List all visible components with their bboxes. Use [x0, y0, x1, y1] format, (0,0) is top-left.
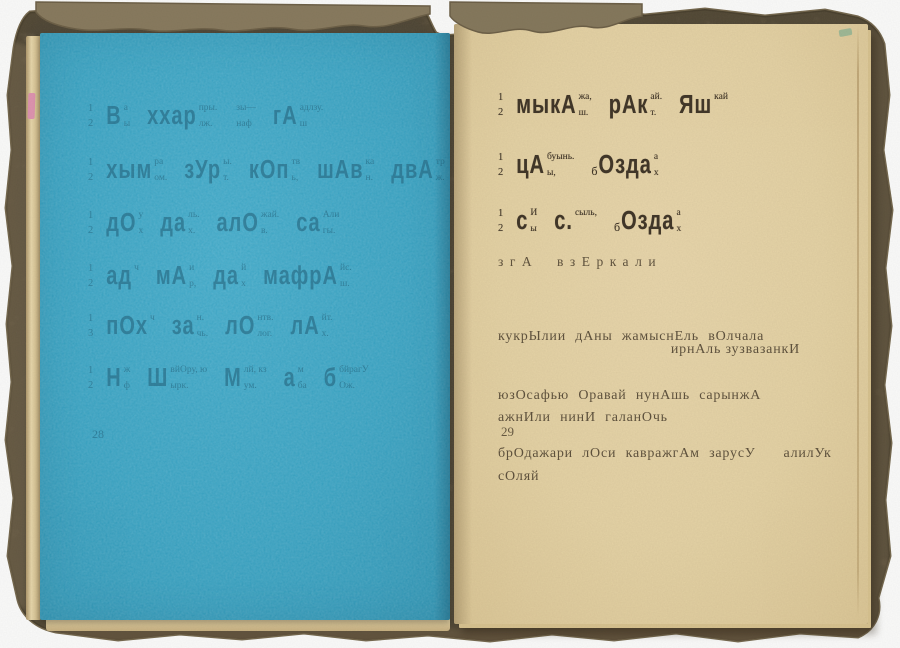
small-letter-stack: адлзу.ш: [300, 104, 324, 129]
superscript-letters: ы.: [223, 158, 232, 167]
fraction-digit: 1: [498, 209, 503, 219]
zaum-word: Яшкай: [679, 93, 728, 118]
pink-page-edge: [28, 93, 36, 119]
small-letter-stack: лй, кзум.: [244, 366, 267, 391]
big-letters: М: [224, 365, 242, 391]
zaum-line: 13пОхчзан.чь.лОнтв.лог.лАйт.х.: [88, 313, 350, 339]
small-letter-stack: Иы: [530, 209, 537, 234]
small-letter-stack: мба: [298, 366, 307, 391]
zaum-word: ббйрагУОж.: [324, 366, 369, 391]
subscript-letters: х.: [322, 330, 333, 339]
subscript-letters: ум.: [244, 382, 267, 391]
under-page-edge-line: [857, 26, 859, 618]
zaum-line: 12Ваыххарпры.лж.зы—нафгАадлзу.ш: [88, 103, 340, 129]
big-letters: Озда: [621, 208, 674, 234]
fraction-digit: 1: [88, 211, 93, 221]
big-letters: Яш: [679, 92, 712, 118]
fraction: 12: [498, 209, 503, 234]
big-letters: мыкА: [516, 92, 576, 118]
zaum-word: мыкАжа,ш.: [516, 93, 591, 118]
fraction-digit: 2: [88, 279, 93, 289]
zaum-word: Нжф: [106, 366, 130, 391]
superscript-letters: ай.: [650, 93, 662, 102]
zaum-word: даль.х.: [160, 211, 199, 236]
superscript-letters: а: [676, 209, 681, 218]
big-letters: мафрА: [263, 263, 338, 289]
superscript-letters: йт.: [322, 314, 333, 323]
small-letter-stack: ч: [134, 264, 139, 289]
page-number-right: 29: [501, 424, 514, 440]
small-letter-stack: йх: [241, 264, 246, 289]
fraction-digit: 2: [88, 173, 93, 183]
zaum-word: амба: [284, 366, 307, 391]
big-letters: с.: [554, 208, 573, 234]
big-letters: Ш: [147, 365, 168, 391]
big-letters: ххар: [147, 103, 197, 129]
zaum-word: дайх: [213, 264, 246, 289]
superscript-letters: у: [139, 211, 144, 220]
small-letter-stack: аы: [124, 104, 130, 129]
zaum-word: шАвкан.: [317, 158, 374, 183]
zaum-word: бОздаах: [614, 209, 681, 234]
fraction-digit: 1: [88, 366, 93, 376]
superscript-letters: жай.: [261, 211, 279, 220]
fraction: 12: [88, 211, 93, 236]
subscript-letters: Ож.: [339, 382, 369, 391]
subscript-letters: ы: [530, 225, 537, 234]
small-letter-stack: н.чь.: [197, 314, 209, 339]
superscript-letters: а: [124, 104, 130, 113]
small-letter-stack: ы.т.: [223, 158, 232, 183]
small-letter-stack: твь,: [291, 158, 300, 183]
small-letter-stack: кан.: [366, 158, 375, 183]
big-letters: алО: [217, 210, 259, 236]
superscript-letters: Али: [323, 211, 340, 220]
big-letters: за: [172, 313, 195, 339]
cover-flap-top-left: [36, 2, 430, 31]
small-prefix-letter: б: [591, 165, 597, 178]
subscript-letters: т.: [223, 174, 232, 183]
superscript-letters: тр: [436, 158, 445, 167]
big-letters: кОп: [249, 157, 290, 183]
zaum-word: хымраом.: [106, 158, 167, 183]
subscript-letters: лж.: [199, 120, 218, 129]
superscript-letters: й: [241, 264, 246, 273]
big-letters: да: [160, 210, 186, 236]
zaum-word: гАадлзу.ш: [273, 104, 323, 129]
zaum-word: зан.чь.: [172, 314, 208, 339]
fraction-digit: 2: [88, 119, 93, 129]
small-letter-stack: ах: [654, 153, 659, 178]
superscript-letters: ч: [150, 314, 155, 323]
superscript-letters: жа,: [579, 93, 592, 102]
big-letters: рАк: [609, 92, 649, 118]
small-letter-stack: ух: [139, 211, 144, 236]
superscript-letters: ка: [366, 158, 375, 167]
big-letters: б: [324, 365, 337, 391]
superscript-letters: пры.: [199, 104, 218, 113]
small-letter-stack: трж.: [436, 158, 445, 183]
zaum-word: ххарпры.лж.: [147, 104, 217, 129]
subscript-letters: ш.: [579, 109, 592, 118]
fraction-digit: 1: [88, 314, 93, 324]
zaum-line: 12сИыс.сыль,бОздаах: [498, 208, 698, 234]
subscript-letters: ф: [124, 382, 131, 391]
zaum-word: кОптвь,: [249, 158, 300, 183]
fraction: 12: [498, 93, 503, 118]
fraction-digit: 2: [498, 224, 503, 234]
zaum-word: двАтрж.: [391, 158, 444, 183]
stanza: ажнИли нинИ галанОчь сОляй: [498, 369, 843, 525]
small-letter-stack: ч: [150, 314, 155, 339]
superscript-letters: ч: [134, 264, 139, 273]
big-letters: цА: [516, 152, 545, 178]
zaum-line: 12дОухдаль.х.алОжай.в.саАлигы.: [88, 210, 356, 236]
small-letter-stack: зы—наф: [236, 104, 256, 129]
small-letter-stack: кай: [714, 93, 728, 118]
fraction: 12: [88, 264, 93, 289]
zaum-word: зы—наф: [234, 104, 256, 129]
book-scan: 12Ваыххарпры.лж.зы—нафгАадлзу.ш12хымраом…: [0, 0, 900, 648]
right-page: 12мыкАжа,ш.рАкай.т.Яшкай12цАбуынь.ы,бОзд…: [454, 24, 868, 624]
fraction: 12: [88, 104, 93, 129]
superscript-letters: йс.: [340, 264, 352, 273]
zaum-word: пОхч: [106, 314, 155, 339]
zaum-word: лОнтв.лог.: [225, 314, 273, 339]
fraction-digit: 1: [88, 104, 93, 114]
small-letter-stack: раом.: [154, 158, 167, 183]
zaum-line: 12хымраом.зУры.т.кОптвь,шАвкан.двАтрж.: [88, 157, 450, 183]
big-letters: а: [284, 365, 296, 391]
zaum-word: мАир,: [156, 264, 196, 289]
zaum-word: цАбуынь.ы,: [516, 153, 574, 178]
zaum-word: адч: [106, 264, 139, 289]
big-letters: с: [516, 208, 528, 234]
zaum-line: 12цАбуынь.ы,бОздаах: [498, 152, 676, 178]
subscript-letters: в.: [261, 227, 279, 236]
subscript-letters: ь,: [291, 174, 300, 183]
subscript-letters: х: [139, 227, 144, 236]
subscript-letters: ш: [300, 120, 324, 129]
fraction-digit: 1: [88, 264, 93, 274]
small-letter-stack: бйрагУОж.: [339, 366, 369, 391]
subscript-letters: гы.: [323, 227, 340, 236]
zaum-line: 12адчмАир,дайхмафрАйс.ш.: [88, 263, 369, 289]
fraction: 12: [88, 158, 93, 183]
fraction-digit: 1: [498, 93, 503, 103]
zaum-word: рАкай.т.: [609, 93, 662, 118]
small-prefix-letter: б: [614, 221, 620, 234]
subscript-letters: х: [241, 280, 246, 289]
subscript-letters: ы: [124, 120, 130, 129]
big-letters: мА: [156, 263, 187, 289]
big-letters: шАв: [317, 157, 363, 183]
big-letters: В: [106, 103, 121, 129]
superscript-letters: а: [654, 153, 659, 162]
zaum-word: с.сыль,: [554, 209, 597, 234]
subscript-letters: ба: [298, 382, 307, 391]
subscript-letters: х.: [188, 227, 199, 236]
subscript-letters: чь.: [197, 330, 209, 339]
subscript-letters: н.: [366, 174, 375, 183]
zaum-word: Ваы: [106, 104, 130, 129]
left-page-blue: 12Ваыххарпры.лж.зы—нафгАадлзу.ш12хымраом…: [40, 33, 450, 620]
zaum-word: лАйт.х.: [290, 314, 332, 339]
fraction: 12: [498, 153, 503, 178]
small-letter-stack: йс.ш.: [340, 264, 352, 289]
zaum-word: дОух: [106, 211, 143, 236]
subscript-letters: т.: [650, 109, 662, 118]
stanza-line: сОляй: [498, 467, 843, 487]
small-letter-stack: нтв.лог.: [257, 314, 273, 339]
small-letter-stack: йт.х.: [322, 314, 333, 339]
big-letters: хым: [106, 157, 152, 183]
fraction-digit: 2: [88, 381, 93, 391]
zaum-word: зУры.т.: [184, 158, 232, 183]
superscript-letters: тв: [291, 158, 300, 167]
superscript-letters: сыль,: [575, 209, 597, 218]
zaum-word: ШвйОру, юырк.: [147, 366, 207, 391]
zaum-word: саАлигы.: [296, 211, 339, 236]
big-letters: дО: [106, 210, 136, 236]
superscript-letters: ра: [154, 158, 167, 167]
superscript-letters: вйОру, ю: [170, 366, 207, 375]
small-letter-stack: Алигы.: [323, 211, 340, 236]
zaum-word: алОжай.в.: [217, 211, 280, 236]
fraction-digit: 1: [88, 158, 93, 168]
subscript-letters: ырк.: [170, 382, 207, 391]
small-letter-stack: жа,ш.: [579, 93, 592, 118]
subscript-letters: ш.: [340, 280, 352, 289]
superscript-letters: зы—: [236, 104, 256, 113]
small-letter-stack: жф: [124, 366, 131, 391]
zaum-word: Млй, кзум.: [224, 366, 267, 391]
superscript-letters: ж: [124, 366, 131, 375]
fraction: 12: [88, 366, 93, 391]
zaum-word: бОздаах: [591, 153, 658, 178]
fraction: 13: [88, 314, 93, 339]
superscript-letters: и: [189, 264, 196, 273]
subscript-letters: ом.: [154, 174, 167, 183]
big-letters: да: [213, 263, 239, 289]
big-letters: гА: [273, 103, 298, 129]
superscript-letters: н.: [197, 314, 209, 323]
fraction-digit: 3: [88, 329, 93, 339]
page-edges-left: [26, 36, 41, 620]
subscript-letters: ж.: [436, 174, 445, 183]
subscript-letters: р,: [189, 280, 196, 289]
small-letter-stack: сыль,: [575, 209, 597, 234]
page-number-left: 28: [92, 427, 104, 442]
superscript-letters: лй, кз: [244, 366, 267, 375]
small-letter-stack: жай.в.: [261, 211, 279, 236]
superscript-letters: кай: [714, 93, 728, 102]
small-letter-stack: пры.лж.: [199, 104, 218, 129]
big-letters: зУр: [184, 157, 221, 183]
superscript-letters: адлзу.: [300, 104, 324, 113]
big-letters: пОх: [106, 313, 148, 339]
zaum-word: мафрАйс.ш.: [263, 264, 352, 289]
small-letter-stack: ль.х.: [188, 211, 199, 236]
small-letter-stack: ах: [676, 209, 681, 234]
superscript-letters: ль.: [188, 211, 199, 220]
subscript-letters: х: [676, 225, 681, 234]
big-letters: лО: [225, 313, 255, 339]
small-letter-stack: ай.т.: [650, 93, 662, 118]
superscript-letters: И: [530, 209, 537, 218]
big-letters: са: [296, 210, 321, 236]
subscript-letters: лог.: [257, 330, 273, 339]
small-letter-stack: буынь.ы,: [547, 153, 574, 178]
subscript-letters: ы,: [547, 169, 574, 178]
zaum-word: сИы: [516, 209, 537, 234]
fraction-digit: 1: [498, 153, 503, 163]
big-letters: двА: [391, 157, 433, 183]
spaced-line: згА взЕркали: [498, 254, 662, 270]
superscript-letters: буынь.: [547, 153, 574, 162]
subscript-letters: х: [654, 169, 659, 178]
subscript-letters: наф: [236, 120, 256, 129]
big-letters: Н: [106, 365, 121, 391]
offset-line: ирнАль зузвазанкИ: [498, 342, 800, 358]
fraction-digit: 2: [498, 108, 503, 118]
zaum-line: 12мыкАжа,ш.рАкай.т.Яшкай: [498, 92, 745, 118]
big-letters: ад: [106, 263, 132, 289]
superscript-letters: бйрагУ: [339, 366, 369, 375]
zaum-line: 12НжфШвйОру, юырк.Млй, кзум.амбаббйрагУО…: [88, 365, 386, 391]
small-letter-stack: вйОру, юырк.: [170, 366, 207, 391]
big-letters: Озда: [599, 152, 652, 178]
big-letters: лА: [290, 313, 319, 339]
fraction-digit: 2: [88, 226, 93, 236]
fraction-digit: 2: [498, 168, 503, 178]
stanza-line: ажнИли нинИ галанОчь: [498, 408, 843, 428]
superscript-letters: нтв.: [257, 314, 273, 323]
superscript-letters: м: [298, 366, 307, 375]
small-letter-stack: ир,: [189, 264, 196, 289]
